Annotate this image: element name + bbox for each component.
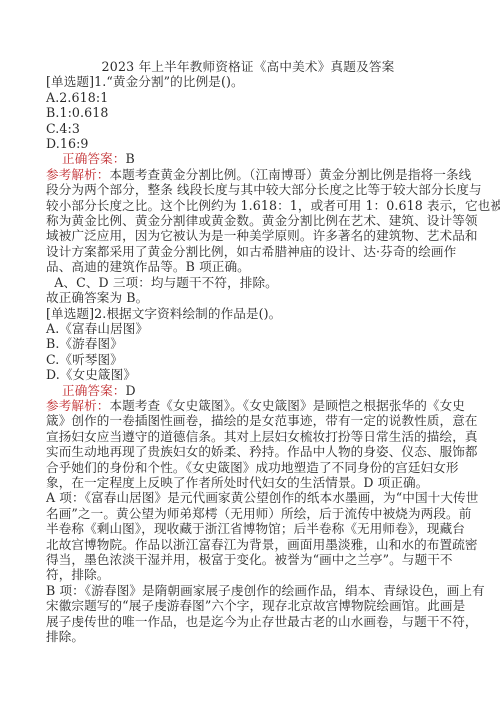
question-2-option-a: A.《富春山居图》 [46, 321, 454, 336]
analysis-line: 段分为两个部分，整条 线段长度与其中较大部分长度之比等于较大部分长度与 [46, 182, 454, 197]
question-1-stem: [单选题]1.“黄金分割”的比例是()。 [46, 74, 454, 89]
question-2-option-d: D.《女史箴图》 [46, 367, 454, 382]
analysis-label: 参考解析： [46, 167, 109, 182]
question-1-option-d: D.16:9 [46, 136, 454, 151]
analysis-text: 本题考查《女史箴图》。《女史箴图》是顾恺之根据张华的《女史 [109, 398, 465, 413]
analysis-line: 排除。 [46, 629, 454, 644]
analysis-line: 实而生动地再现了贵族妇女的娇柔、矜持。作品中人物的身姿、仪态、服饰都 [46, 444, 454, 459]
analysis-line: 故正确答案为 B。 [46, 290, 454, 305]
analysis-line: 宋徽宗题写的“展子虔游春图”六个字，现存北京故宫博物院绘画馆。此画是 [46, 598, 454, 613]
analysis-line: 品、高迪的建筑作品等。B 项正确。 [46, 259, 454, 274]
question-1-analysis-line: 参考解析：本题考查黄金分割比例。（江南博哥）黄金分割比例是指将一条线 [46, 167, 454, 182]
analysis-line: 展子虔传世的唯一作品，也是迄今为止存世最古老的山水画卷，与题干不符， [46, 614, 454, 629]
analysis-line: B 项：《游春图》是隋朝画家展子虔创作的绘画作品，绢本、青绿设色，画上有 [46, 583, 454, 598]
analysis-line: 宣扬妇女应当遵守的道德信条。其对上层妇女梳妆打扮等日常生活的描绘，真 [46, 429, 454, 444]
document-page: 2023 年上半年教师资格证《高中美术》真题及答案 [单选题]1.“黄金分割”的… [46, 59, 454, 644]
answer-value: D [125, 383, 135, 398]
analysis-text: 本题考查黄金分割比例。（江南博哥）黄金分割比例是指将一条线 [109, 167, 471, 182]
document-title: 2023 年上半年教师资格证《高中美术》真题及答案 [42, 59, 454, 74]
question-2-stem: [单选题]2.根据文字资料绘制的作品是()。 [46, 306, 454, 321]
answer-label: 正确答案： [62, 383, 125, 398]
analysis-line: 称为黄金比例、黄金分割律或黄金数。黄金分割比例在艺术、建筑、设计等领 [46, 213, 454, 228]
question-1-answer: 正确答案：B [46, 151, 454, 166]
analysis-line: 半卷称《剩山图》，现收藏于浙江省博物馆；后半卷称《无用师卷》，现藏台 [46, 521, 454, 536]
analysis-line: 名画”之一。黄公望为师弟郑樗（无用师）所绘，后于流传中被烧为两段。前 [46, 506, 454, 521]
analysis-line: A 项：《富春山居图》是元代画家黄公望创作的纸本水墨画，为“中国十大传世 [46, 490, 454, 505]
answer-value: B [125, 151, 134, 166]
analysis-line: 域被广泛应用，因为它被认为是一种美学原则。许多著名的建筑物、艺术品和 [46, 228, 454, 243]
analysis-line: 设计方案都采用了黄金分割比例，如古希腊神庙的设计、达·芬奇的绘画作 [46, 244, 454, 259]
analysis-line: 合乎她们的身份和个性。《女史箴图》成功地塑造了不同身份的宫廷妇女形 [46, 460, 454, 475]
analysis-line: 符，排除。 [46, 567, 454, 582]
analysis-line: 北故宫博物院。作品以浙江富春江为背景，画面用墨淡雅，山和水的布置疏密 [46, 537, 454, 552]
question-2-answer: 正确答案：D [46, 383, 454, 398]
analysis-line: 较小部分长度之比。这个比例约为 1.618：1，或者可用 1：0.618 表示，… [46, 198, 454, 213]
analysis-line: 得当，墨色浓淡干湿并用，极富于变化。被誉为“画中之兰亭”。与题干不 [46, 552, 454, 567]
question-1-option-c: C.4:3 [46, 121, 454, 136]
question-2-option-b: B.《游春图》 [46, 336, 454, 351]
analysis-line: A、C、D 三项：均与题干不符，排除。 [46, 275, 454, 290]
question-1-option-b: B.1:0.618 [46, 105, 454, 120]
question-1-option-a: A.2.618:1 [46, 90, 454, 105]
analysis-line: 象，在一定程度上反映了作者所处时代妇女的生活情景。D 项正确。 [46, 475, 454, 490]
analysis-line: 箴》创作的一卷插图性画卷，描绘的是女范事迹，带有一定的说教性质，意在 [46, 413, 454, 428]
question-2-option-c: C.《听琴图》 [46, 352, 454, 367]
answer-label: 正确答案： [62, 151, 125, 166]
question-2-analysis-line: 参考解析：本题考查《女史箴图》。《女史箴图》是顾恺之根据张华的《女史 [46, 398, 454, 413]
analysis-label: 参考解析： [46, 398, 109, 413]
